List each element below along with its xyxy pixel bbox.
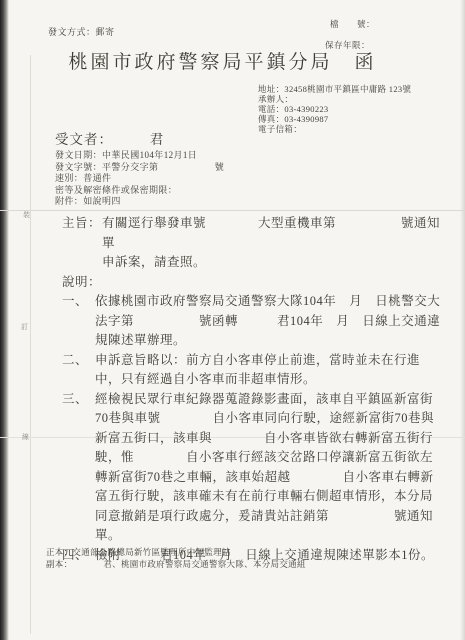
binding-line bbox=[30, 55, 31, 634]
file-number-label: 檔 號： bbox=[330, 18, 375, 30]
binding-marker-zhuang: 裝 bbox=[23, 212, 30, 219]
item-number: 一、 bbox=[62, 292, 95, 312]
subject-content: 有關逕行舉發車號 大型重機車第 號通知單 申訴案，請查照。 bbox=[102, 214, 441, 273]
scanned-document-page: 裝 訂 線 發文方式：郵寄 檔 號： 保存年限： 桃園市政府警察局平鎮分局 函 … bbox=[0, 0, 465, 640]
document-meta-block: 發文日期：中華民國104年12月1日 發文字號：平警分交字第 號 速別：普通件 … bbox=[55, 150, 224, 208]
agency-fax: 傳真：03-4390987 bbox=[258, 114, 411, 124]
issue-date: 發文日期：中華民國104年12月1日 bbox=[55, 150, 224, 162]
explanation-item-3: 三、 經檢視民眾行車紀錄器蒐證錄影畫面，該車自平鎮區新富街70巷與車號 自小客車… bbox=[62, 390, 441, 546]
copy-recipients: 副本： 君、桃園市政府警察局交通警察大隊、本分局交通組 bbox=[46, 558, 306, 570]
agency-address: 地址：32458桃園市平鎮區中庸路 123號 bbox=[258, 84, 411, 94]
item-text: 經檢視民眾行車紀錄器蒐證錄影畫面，該車自平鎮區新富街70巷與車號 自小客車同向行… bbox=[95, 390, 441, 546]
agency-contact-block: 地址：32458桃園市平鎮區中庸路 123號 承辦人： 電話：03-439022… bbox=[258, 84, 411, 134]
explanation-item-1: 一、 依據桃園市政府警察局交通警察大隊104年 月 日桃警交大法字第 號函轉 君… bbox=[62, 292, 441, 351]
speed-class: 速別：普通件 bbox=[55, 173, 224, 185]
subject-label: 主旨： bbox=[62, 214, 102, 234]
item-number: 二、 bbox=[62, 351, 95, 371]
explanation-label: 說明： bbox=[62, 273, 441, 293]
original-recipient: 正本：交通部公路總局新竹區監理所中壢監理站 bbox=[46, 546, 306, 558]
binding-marker-xian: 線 bbox=[22, 434, 29, 441]
distribution-block: 正本：交通部公路總局新竹區監理所中壢監理站 副本： 君、桃園市政府警察局交通警察… bbox=[46, 546, 306, 570]
subject-row: 主旨： 有關逕行舉發車號 大型重機車第 號通知單 申訴案，請查照。 bbox=[62, 214, 441, 273]
subject-line-2: 申訴案，請查照。 bbox=[102, 253, 441, 273]
item-text: 依據桃園市政府警察局交通警察大隊104年 月 日桃警交大法字第 號函轉 君104… bbox=[95, 292, 441, 351]
item-number: 三、 bbox=[62, 390, 95, 410]
binding-marker-ding: 訂 bbox=[21, 324, 28, 331]
item-text: 申訴意旨略以：前方自小客車停止前進，當時並未在行進中，只有經過自小客車而非超車情… bbox=[95, 351, 441, 390]
issue-number: 發文字號：平警分交字第 號 bbox=[55, 162, 224, 174]
explanation-item-2: 二、 申訴意旨略以：前方自小客車停止前進，當時並未在行進中，只有經過自小客車而非… bbox=[62, 351, 441, 390]
document-body: 主旨： 有關逕行舉發車號 大型重機車第 號通知單 申訴案，請查照。 說明： 一、… bbox=[62, 214, 441, 565]
recipient-line: 受文者： 君 bbox=[55, 128, 164, 148]
attachment-note: 附件：如說明四 bbox=[55, 196, 224, 208]
subject-line-1: 有關逕行舉發車號 大型重機車第 號通知單 bbox=[102, 214, 441, 253]
agency-email: 電子信箱： bbox=[258, 124, 411, 134]
scan-edge-left bbox=[0, 0, 9, 640]
agency-phone: 電話：03-4390223 bbox=[258, 104, 411, 114]
scan-edge-right bbox=[460, 0, 465, 640]
security-class: 密等及解密條件或保密期限： bbox=[55, 185, 224, 197]
agency-handler: 承辦人： bbox=[258, 94, 411, 104]
fold-line-upper bbox=[0, 210, 465, 211]
dispatch-method: 發文方式：郵寄 bbox=[48, 25, 115, 38]
document-title: 桃園市政府警察局平鎮分局 函 bbox=[0, 47, 445, 74]
